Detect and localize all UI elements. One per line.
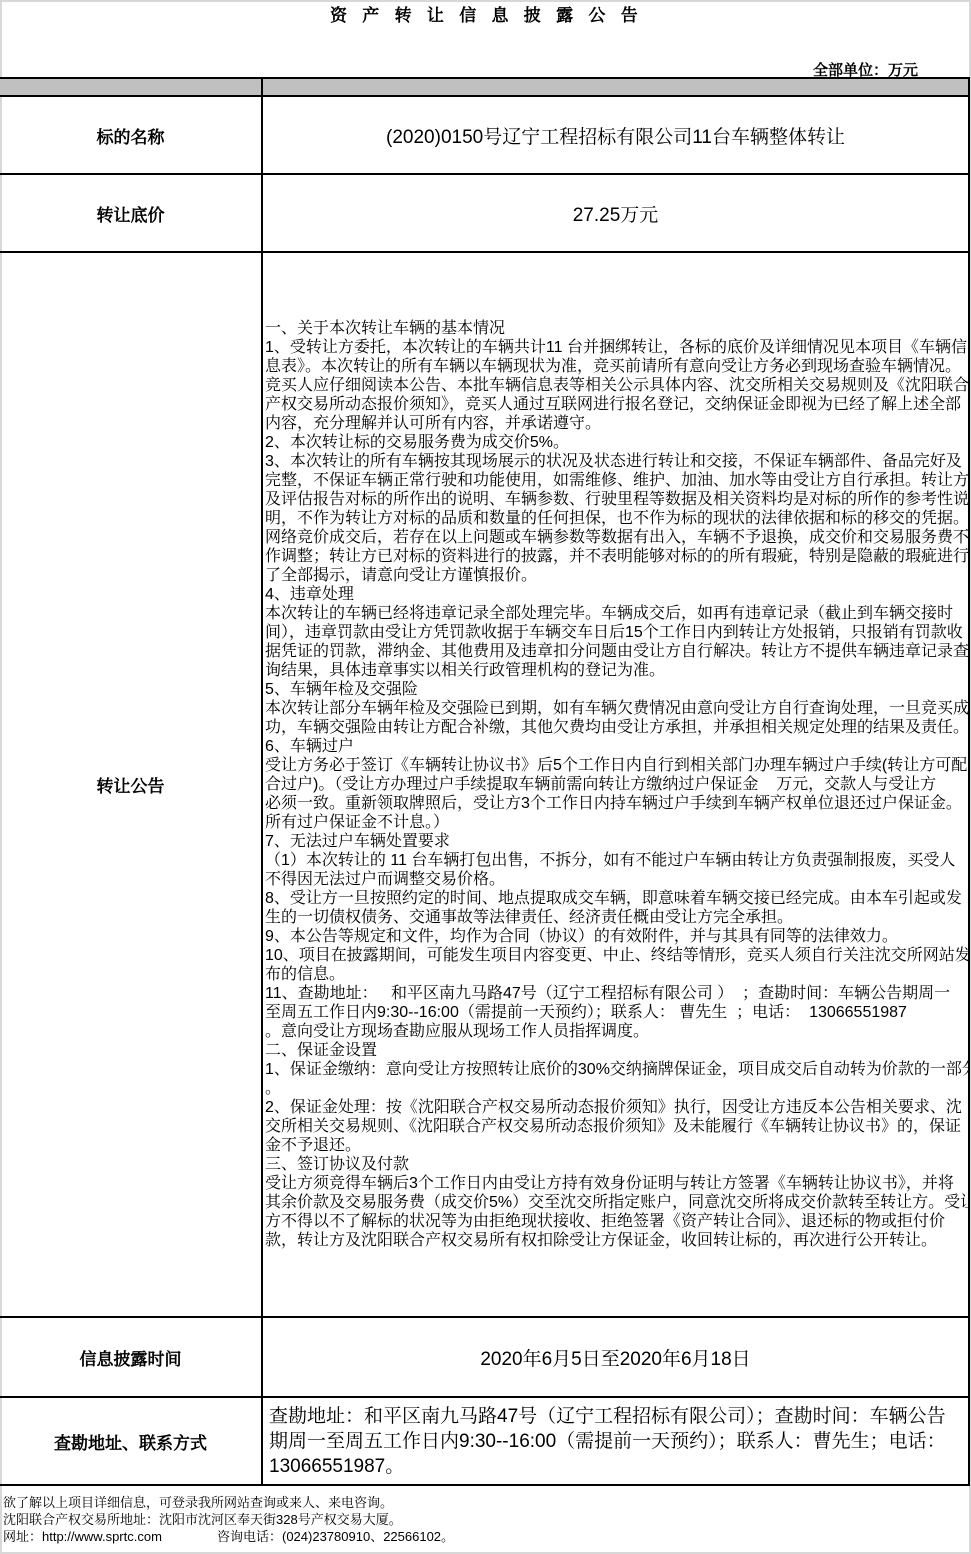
- announcement-line: 本次转让部分车辆年检及交强险已到期，如有车辆欠费情况由意向受让方自行查询处理，一…: [265, 699, 968, 718]
- contact-line: 期周一至周五工作日内9:30--16:00（需提前一天预约）；联系人：曹先生；电…: [269, 1429, 968, 1454]
- contact-line: 13066551987。: [269, 1454, 968, 1479]
- announcement-line: 了全部揭示，请意向受让方谨慎报价。: [265, 566, 968, 585]
- announcement-line: 2、本次转让标的交易服务费为成交价5%。: [265, 433, 968, 452]
- page-title: 资产转让信息披露公告: [330, 5, 653, 27]
- announcement-line: 询结果，具体违章事实以相关行政管理机构的登记为准。: [265, 661, 968, 680]
- subject-name-value: (2020)0150号辽宁工程招标有限公司11台车辆整体转让: [263, 97, 968, 173]
- footer-line: 欲了解以上项目详细信息，可登录我所网站查询或来人、来电咨询。: [3, 1494, 454, 1511]
- footer-notes: 欲了解以上项目详细信息，可登录我所网站查询或来人、来电咨询。 沈阳联合产权交易所…: [3, 1494, 454, 1545]
- announcement-line: 8、受让方一旦按照约定的时间、地点提取成交车辆，即意味着车辆交接已经完成。由本车…: [265, 889, 968, 908]
- header-cell-value: [263, 79, 968, 95]
- announcement-line: 一、关于本次转让车辆的基本情况: [265, 319, 968, 338]
- announcement-line: 款，转让方及沈阳联合产权交易所有权扣除受让方保证金，收回转让标的，再次进行公开转…: [265, 1231, 968, 1250]
- announcement-line: 息表》。本次转让的所有车辆以车辆现状为准，竞买前请所有意向受让方务必到现场查验车…: [265, 357, 968, 376]
- table-row-announcement: 转让公告 一、关于本次转让车辆的基本情况 1、受转让方委托，本次转让的车辆共计1…: [0, 253, 968, 1318]
- announcement-line: 5、车辆年检及交强险: [265, 680, 968, 699]
- announcement-line: 1、受转让方委托，本次转让的车辆共计11 台并捆绑转让，各标的底价及详细情况见本…: [265, 338, 968, 357]
- header-cell-label: [0, 79, 263, 95]
- announcement-line: 4、违章处理: [265, 585, 968, 604]
- announcement-line: 及评估报告对标的所作出的说明、车辆参数、行驶里程等数据及相关资料均是对标的所作的…: [265, 490, 968, 509]
- footer-phone: 咨询电话：(024)23780910、22566102。: [217, 1528, 454, 1545]
- announcement-line: 金不予退还。: [265, 1136, 968, 1155]
- announcement-line: 作调整；转让方已对标的资料进行的披露，并不表明能够对标的的所有瑕疵，特别是隐蔽的…: [265, 547, 968, 566]
- announcement-line: 本次转让的车辆已经将违章记录全部处理完毕。车辆成交后，如再有违章记录（截止到车辆…: [265, 604, 968, 623]
- announcement-line: 其余价款及交易服务费（成交价5%）交至沈交所指定账户，同意沈交所将成交价款转至转…: [265, 1193, 968, 1212]
- footer-contact-line: 网址：http://www.sprtc.com 咨询电话：(024)237809…: [3, 1528, 454, 1545]
- announcement-line: 。: [265, 1079, 968, 1098]
- footer-line: 沈阳联合产权交易所地址：沈阳市沈河区奉天街328号产权交易大厦。: [3, 1511, 454, 1528]
- announcement-line: 。意向受让方现场查勘应服从现场工作人员指挥调度。: [265, 1022, 968, 1041]
- announcement-line: 受让方须竞得车辆后3个工作日内由受让方持有效身份证明与转让方签署《车辆转让协议书…: [265, 1174, 968, 1193]
- announcement-line: 9、本公告等规定和文件，均作为合同（协议）的有效附件，并与其具有同等的法律效力。: [265, 927, 968, 946]
- announcement-line: 10、项目在披露期间，可能发生项目内容变更、中止、终结等情形，竞买人须自行关注沈…: [265, 946, 968, 965]
- announcement-line: 必须一致。重新领取牌照后，受让方3个工作日内持车辆过户手续到车辆产权单位退还过户…: [265, 794, 968, 813]
- disclosure-table: 标的名称 (2020)0150号辽宁工程招标有限公司11台车辆整体转让 转让底价…: [0, 77, 970, 1486]
- row-label: 标的名称: [0, 97, 263, 173]
- announcement-line: 1、保证金缴纳：意向受让方按照转让底价的30%交纳摘牌保证金，项目成交后自动转为…: [265, 1060, 968, 1079]
- table-row-subject-name: 标的名称 (2020)0150号辽宁工程招标有限公司11台车辆整体转让: [0, 97, 968, 175]
- announcement-line: 至周五工作日内9:30--16:00（需提前一天预约）；联系人： 曹先生 ；电话…: [265, 1003, 968, 1022]
- announcement-line: 明，不作为转让方对标的品质和数量的任何担保，也不作为标的现状的法律依据和标的移交…: [265, 509, 968, 528]
- announcement-line: 不得因无法过户而调整交易价格。: [265, 870, 968, 889]
- announcement-line: 7、无法过户车辆处置要求: [265, 832, 968, 851]
- announcement-text: 一、关于本次转让车辆的基本情况 1、受转让方委托，本次转让的车辆共计11 台并捆…: [263, 253, 968, 1316]
- announcement-line: 合过户)。（受让方办理过户手续提取车辆前需向转让方缴纳过户保证金 万元，交款人与…: [265, 775, 968, 794]
- reserve-price-value: 27.25万元: [263, 175, 968, 251]
- announcement-line: 功，车辆交强险由转让方配合补缴，其他欠费均由受让方承担，并承担相关规定处理的结果…: [265, 718, 968, 737]
- announcement-line: 据凭证的罚款，滞纳金、其他费用及违章扣分问题由受让方自行解决。转让方不提供车辆违…: [265, 642, 968, 661]
- table-row-disclosure-period: 信息披露时间 2020年6月5日至2020年6月18日: [0, 1318, 968, 1398]
- announcement-line: 三、签订协议及付款: [265, 1155, 968, 1174]
- footer-website: 网址：http://www.sprtc.com: [3, 1528, 217, 1545]
- announcement-line: 内容，充分理解并认可所有内容，并承诺遵守。: [265, 414, 968, 433]
- announcement-line: 竞买人应仔细阅读本公告、本批车辆信息表等相关公示具体内容、沈交所相关交易规则及《…: [265, 376, 968, 395]
- announcement-line: 二、保证金设置: [265, 1041, 968, 1060]
- announcement-line: 方不得以不了解标的状况等为由拒绝现状接收、拒绝签署《资产转让合同》、退还标的物或…: [265, 1212, 968, 1231]
- announcement-line: 产权交易所动态报价须知》，竞买人通过互联网进行报名登记，交纳保证金即视为已经了解…: [265, 395, 968, 414]
- contact-line: 查勘地址：和平区南九马路47号（辽宁工程招标有限公司）；查勘时间：车辆公告: [269, 1404, 968, 1429]
- announcement-line: （1）本次转让的 11 台车辆打包出售，不拆分，如有不能过户车辆由转让方负责强制…: [265, 851, 968, 870]
- announcement-line: 生的一切债权债务、交通事故等法律责任、经济责任概由受让方完全承担。: [265, 908, 968, 927]
- announcement-page: 资产转让信息披露公告 全部单位：万元 标的名称 (2020)0150号辽宁工程招…: [0, 0, 971, 1554]
- announcement-line: 网络竞价成交后，若存在以上问题或车辆参数等数据有出入，车辆不予退换，成交价和交易…: [265, 528, 968, 547]
- row-label: 查勘地址、联系方式: [0, 1398, 263, 1484]
- row-label: 转让底价: [0, 175, 263, 251]
- announcement-line: 布的信息。: [265, 965, 968, 984]
- announcement-line: 3、本次转让的所有车辆按其现场展示的状况及状态进行转让和交接，不保证车辆部件、备…: [265, 452, 968, 471]
- announcement-line: 交所相关交易规则、《沈阳联合产权交易所动态报价须知》及未能履行《车辆转让协议书》…: [265, 1117, 968, 1136]
- row-label: 信息披露时间: [0, 1318, 263, 1396]
- announcement-line: 受让方务必于签订《车辆转让协议书》后5个工作日内自行到相关部门办理车辆过户手续(…: [265, 756, 968, 775]
- announcement-line: 完整，不保证车辆正常行驶和功能使用，如需维修、维护、加油、加水等由受让方自行承担…: [265, 471, 968, 490]
- row-label: 转让公告: [0, 253, 263, 1316]
- announcement-line: 间），违章罚款由受让方凭罚款收据于车辆交车日后15个工作日内到转让方处报销，只报…: [265, 623, 968, 642]
- announcement-line: 2、保证金处理：按《沈阳联合产权交易所动态报价须知》执行，因受让方违反本公告相关…: [265, 1098, 968, 1117]
- announcement-line: 11、查勘地址： 和平区南九马路47号（辽宁工程招标有限公司 ） ；查勘时间：车…: [265, 984, 968, 1003]
- table-row-inspection-contact: 查勘地址、联系方式 查勘地址：和平区南九马路47号（辽宁工程招标有限公司）；查勘…: [0, 1398, 968, 1486]
- table-row-reserve-price: 转让底价 27.25万元: [0, 175, 968, 253]
- announcement-line: 6、车辆过户: [265, 737, 968, 756]
- announcement-line: 所有过户保证金不计息。）: [265, 813, 968, 832]
- inspection-contact-text: 查勘地址：和平区南九马路47号（辽宁工程招标有限公司）；查勘时间：车辆公告 期周…: [263, 1398, 968, 1484]
- table-header-row: [0, 79, 968, 97]
- disclosure-period-value: 2020年6月5日至2020年6月18日: [263, 1318, 968, 1396]
